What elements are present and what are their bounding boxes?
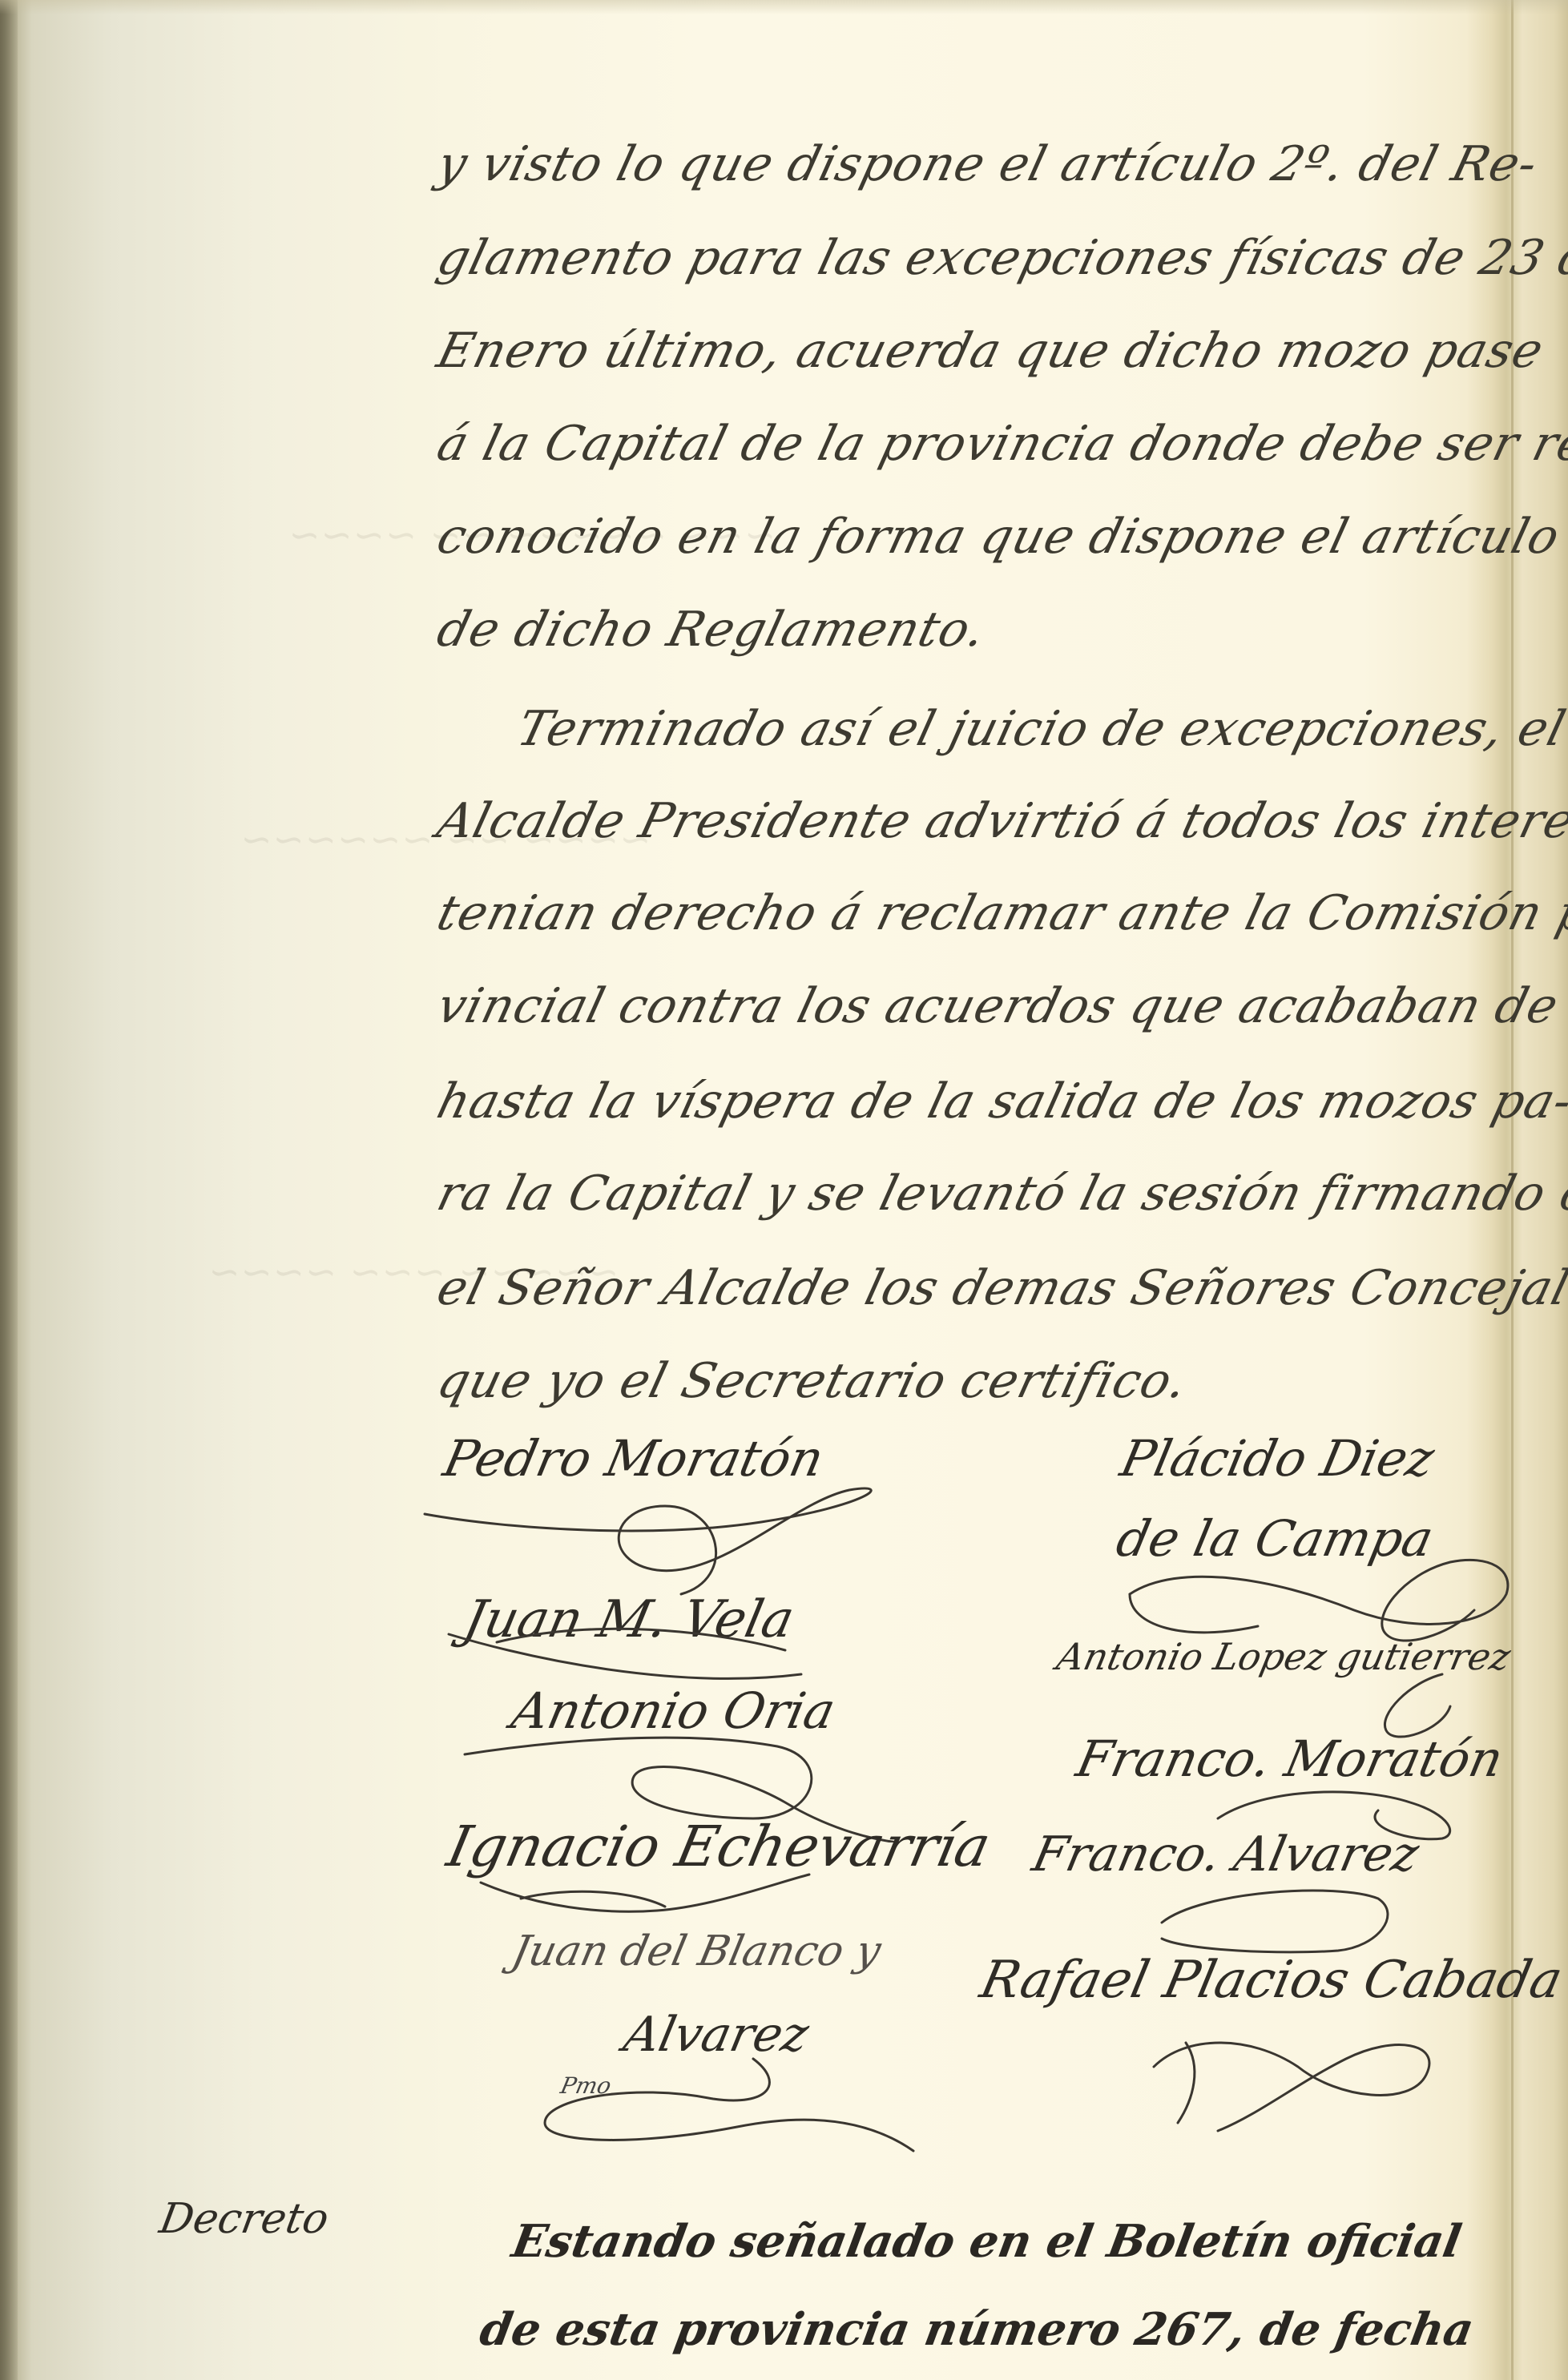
signature-placido-diez: Plácido Diez [1116,1434,1438,1484]
decreto-line-2: de esta provincia número 267, de fecha [476,2303,1477,2356]
body-line-3: Enero último, acuerda que dicho mozo pas… [433,327,1549,375]
signature-flourish [513,2051,929,2155]
body-line-4: á la Capital de la provincia donde debe … [433,420,1568,468]
signature-rafael-placios-cabada: Rafael Placios Cabada [976,1955,1566,2006]
signature-franco-moraton: Franco. Moratón [1072,1734,1507,1784]
body-line-11: hasta la víspera de la salida de los moz… [433,1077,1568,1126]
body-line-13: el Señor Alcalde los demas Señores Conce… [433,1264,1568,1312]
scanned-page: ~~~ ~~~~~ ~~ ~~~~ ~~~~ ~~ ~~~~~~ ~~~~~ ~… [0,0,1568,2380]
body-line-10: vincial contra los acuerdos que acababan… [433,982,1568,1030]
body-line-6: de dicho Reglamento. [433,606,990,654]
body-line-8: Alcalde Presidente advirtió á todos los … [433,797,1568,845]
binding-shadow [0,0,18,2380]
signature-franco-alvarez: Franco. Alvarez [1029,1830,1423,1879]
body-line-2: glamento para las excepciones físicas de… [433,234,1568,282]
body-line-1: y visto lo que dispone el artículo 2º. d… [433,140,1542,188]
body-line-9: tenian derecho á reclamar ante la Comisi… [433,889,1568,937]
signature-juan-del-blanco: Juan del Blanco y [508,1931,884,1972]
signature-flourish [1138,1875,1410,1963]
margin-note-decreto: Decreto [156,2195,333,2243]
body-line-7: Terminado así el juicio de excepciones, … [513,705,1568,753]
body-line-14: que yo el Secretario certifico. [433,1357,1192,1405]
body-line-12: ra la Capital y se levantó la sesión fir… [433,1170,1568,1218]
signature-flourish [473,1867,825,1931]
decreto-line-1: Estando señalado en el Boletín oficial [508,2215,1465,2268]
signature-rubric-note: Pmo [558,2075,613,2097]
signature-pedro-moraton: Pedro Moratón [439,1434,828,1484]
body-line-5: conocido en la forma que dispone el artí… [433,513,1568,561]
signature-flourish [1138,2019,1474,2139]
